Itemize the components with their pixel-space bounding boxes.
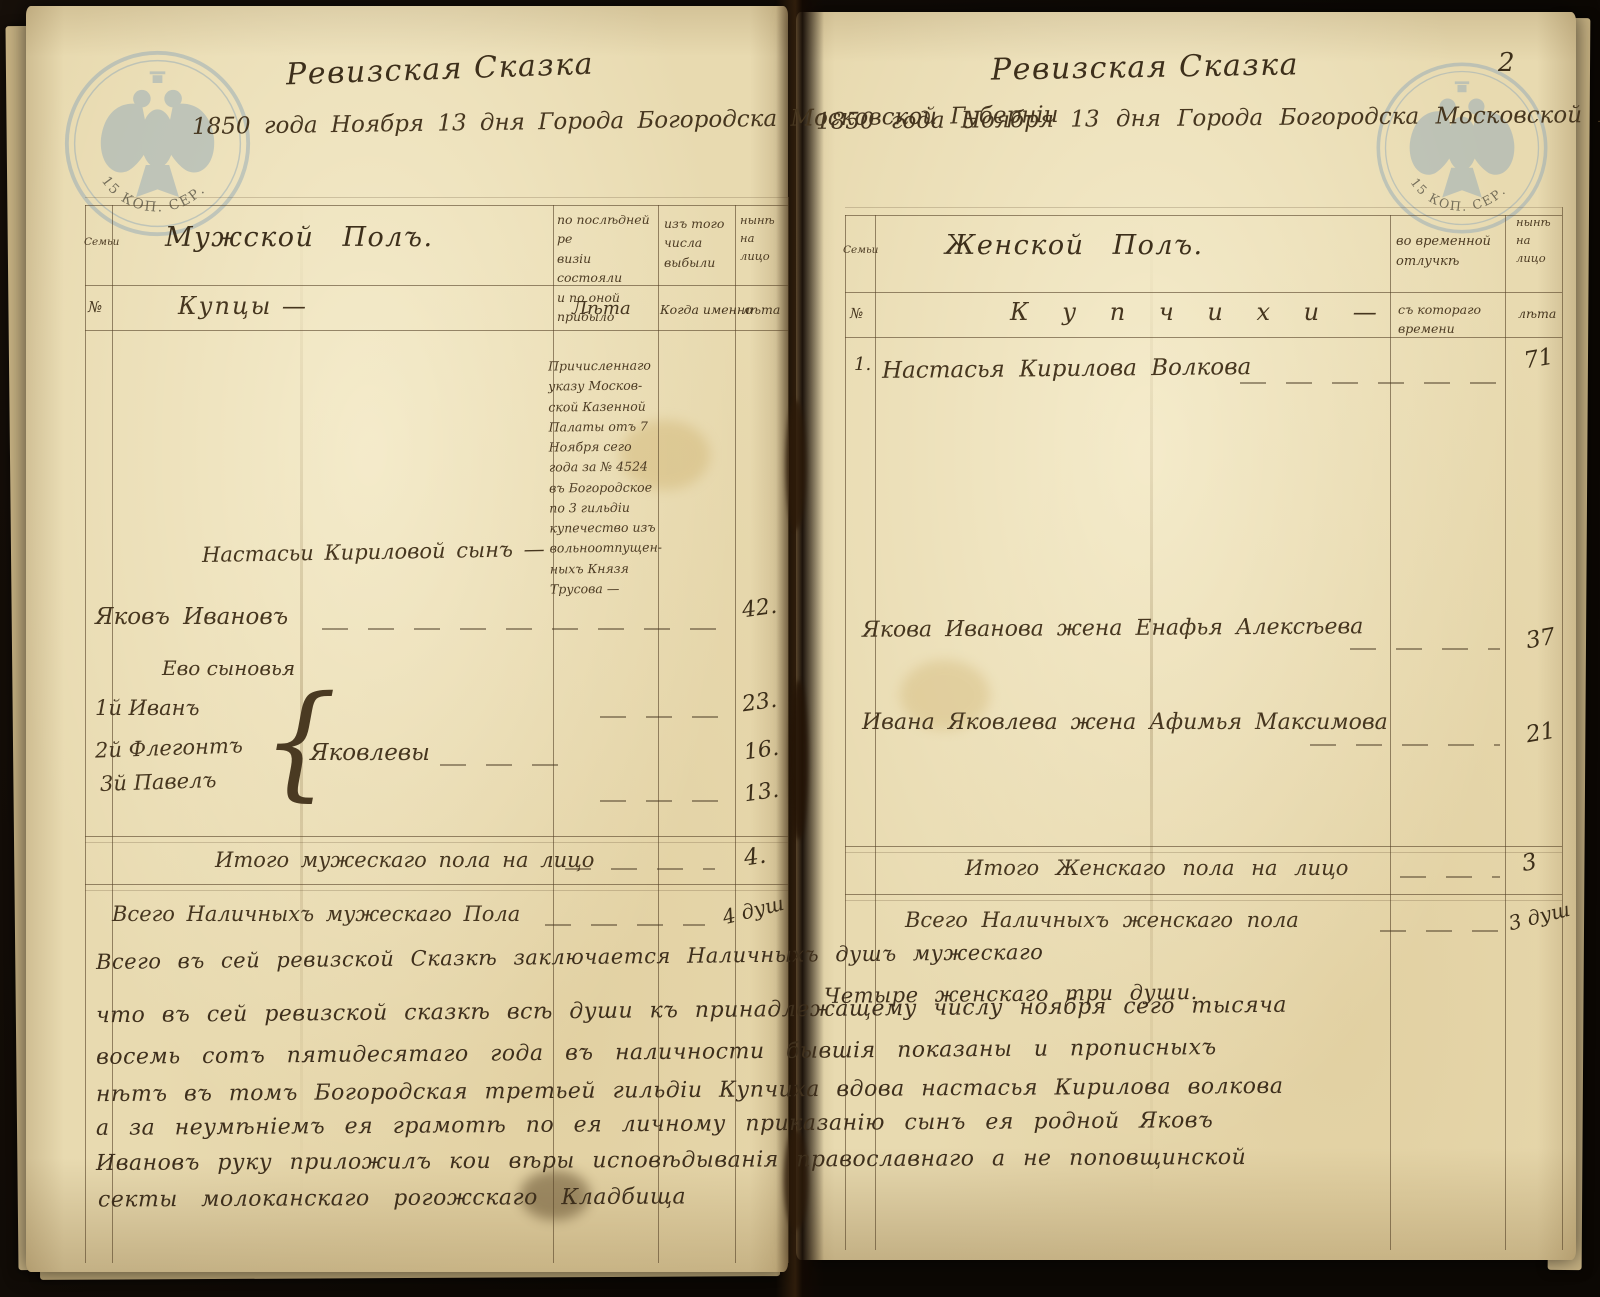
margin-note: Причисленнаго указу Москов- ской Казенно… xyxy=(548,356,658,600)
leader-line xyxy=(322,628,722,630)
person-age: 42. xyxy=(740,594,778,624)
table-line xyxy=(85,842,788,843)
binding-stain xyxy=(786,400,806,530)
table-line xyxy=(85,884,788,885)
leader-line xyxy=(1310,744,1500,746)
table-line xyxy=(85,197,788,198)
table-line xyxy=(85,330,788,331)
left-subhead-age: лѣта xyxy=(742,302,780,317)
leader-line xyxy=(1350,648,1500,650)
person-age: 71 xyxy=(1522,344,1555,375)
right-class-header: К у п ч и х и — xyxy=(1010,298,1383,326)
right-col-family-header: Семьи xyxy=(843,242,878,258)
surname-label: Яковлевы xyxy=(310,740,430,766)
left-subhead-when: Когда именно xyxy=(660,302,753,317)
right-vsego-label: Всего Наличныхъ женскаго пола xyxy=(905,908,1299,932)
table-line xyxy=(735,205,736,1263)
person-age: 13. xyxy=(742,778,780,808)
table-line xyxy=(845,846,1562,847)
table-line xyxy=(845,894,1562,895)
revenue-stamp-left-icon: 15 КОП. СЕР. xyxy=(60,46,255,241)
revenue-stamp-right-icon: 15 КОП. СЕР. xyxy=(1372,58,1552,238)
left-vsego-label: Всего Наличныхъ мужескаго Пола xyxy=(112,902,520,926)
binding-stain xyxy=(790,680,808,840)
left-col-out-header: изъ того числа выбыли xyxy=(664,214,734,272)
left-col-main-header: Мужской Полъ. xyxy=(165,222,434,253)
left-itogo-value: 4. xyxy=(742,843,767,872)
leader-line xyxy=(565,868,715,870)
leader-line xyxy=(440,764,570,766)
attestation-line: секты молоканскаго рогожскаго Кладбища xyxy=(98,1184,686,1212)
leader-line xyxy=(1380,930,1500,932)
right-page-title: Ревизская Сказка xyxy=(960,47,1331,88)
leader-line xyxy=(545,924,705,926)
family-number: 1. xyxy=(854,354,871,375)
binding-seam xyxy=(776,0,824,1297)
table-line xyxy=(845,852,1562,853)
left-itogo-label: Итого мужескаго пола на лицо xyxy=(215,848,594,872)
table-line xyxy=(658,205,659,1263)
person-age: 21 xyxy=(1524,718,1557,749)
person-name: Яковъ Ивановъ xyxy=(95,604,288,630)
table-line xyxy=(85,890,788,891)
person-name: Ивана Яковлева жена Афимья Максимова xyxy=(862,710,1388,735)
person-name: Якова Иванова жена Енафья Алексѣева xyxy=(862,614,1364,642)
right-col-away-header: во временной отлучкѣ xyxy=(1396,232,1501,272)
left-no-header: № xyxy=(88,298,102,316)
left-col-now-header: нынѣ на лицо xyxy=(740,212,786,265)
table-line xyxy=(1390,215,1391,1250)
table-line xyxy=(1562,207,1563,1250)
person-age: 23. xyxy=(740,688,778,718)
person-name: 2й Флегонтъ xyxy=(95,733,244,762)
person-name: 1й Иванъ xyxy=(95,696,199,720)
table-line xyxy=(845,207,1562,208)
table-line xyxy=(85,205,86,1263)
table-line xyxy=(845,215,1562,216)
person-name: Настасья Кирилова Волкова xyxy=(882,354,1252,384)
left-col-family-header: Семьи xyxy=(84,234,119,250)
left-class-header: Купцы — xyxy=(178,292,308,320)
right-no-header: № xyxy=(850,306,863,322)
table-line xyxy=(85,205,788,206)
leader-line xyxy=(1400,876,1500,878)
right-col-main-header: Женской Полъ. xyxy=(945,230,1204,261)
leader-line xyxy=(600,800,722,802)
page-number: 2 xyxy=(1498,48,1515,78)
right-subhead-since: съ котораго времени xyxy=(1398,300,1498,339)
table-line xyxy=(1505,215,1506,1250)
person-age: 37 xyxy=(1524,624,1557,655)
revision-list-spread: 15 КОП. СЕР. 15 КОП. СЕР. xyxy=(0,0,1600,1297)
leader-line xyxy=(1240,382,1500,384)
person-age: 16. xyxy=(742,736,780,766)
person-name: 3й Павелъ xyxy=(100,768,217,796)
table-line xyxy=(845,900,1562,901)
table-line xyxy=(85,836,788,837)
leader-line xyxy=(600,716,722,718)
table-line xyxy=(845,292,1562,293)
right-itogo-label: Итого Женскаго пола на лицо xyxy=(965,856,1348,880)
table-line xyxy=(788,197,789,1263)
left-subhead-leta: Лѣта xyxy=(572,298,631,319)
right-col-now-header: нынѣ на лицо xyxy=(1516,214,1560,267)
right-subhead-age: лѣта xyxy=(1518,306,1556,321)
table-line xyxy=(85,285,788,286)
